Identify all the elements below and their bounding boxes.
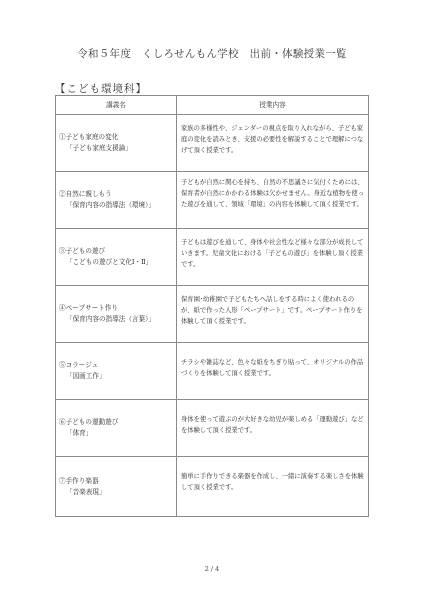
- course-name-cell: ⑥子どもの運動遊び 「体育」: [56, 400, 177, 456]
- course-subject: 「こどもの遊びと文化Ⅰ・Ⅱ」: [59, 257, 176, 268]
- table-row: ①子ども家庭の変化 「子ども家庭支援論」 家族の多様性や、ジェンダーの視点を取り…: [56, 114, 368, 171]
- course-title: ①子ども家庭の変化: [59, 132, 176, 143]
- course-content: 身体を使って遊ぶのが大好きな幼児が楽しめる「運動遊び」などを体験して頂く授業です…: [177, 400, 368, 456]
- table-row: ②自然に親しもう 「保育内容の指導法（環境）」 子どもが自然に関心を持ち、自然の…: [56, 171, 368, 228]
- page-title: 令和５年度 くしろせんもん学校 出前・体験授業一覧: [0, 46, 424, 61]
- course-name-cell: ①子ども家庭の変化 「子ども家庭支援論」: [56, 115, 177, 171]
- course-subject: 「図画工作」: [59, 371, 176, 382]
- course-content: 簡単に手作りできる楽器を作成し、一緒に演奏する楽しさを体験して頂く授業です。: [177, 457, 368, 516]
- course-title: ②自然に親しもう: [59, 189, 176, 200]
- course-content: チラシや雑誌など、色々な紙をちぎり貼って、オリジナルの作品づくりを体験して頂く授…: [177, 343, 368, 399]
- table-row: ⑤コラージュ 「図画工作」 チラシや雑誌など、色々な紙をちぎり貼って、オリジナル…: [56, 342, 368, 399]
- table-header-row: 講義名 授業内容: [56, 96, 368, 114]
- course-subject: 「保育内容の指導法（環境）」: [59, 200, 176, 211]
- course-content: 保育園･幼稚園で子どもたちへ話しをする時によく使われるのが、紙で作った人形「ペー…: [177, 286, 368, 342]
- course-name-cell: ⑤コラージュ 「図画工作」: [56, 343, 177, 399]
- course-table: 講義名 授業内容 ①子ども家庭の変化 「子ども家庭支援論」 家族の多様性や、ジェ…: [55, 95, 369, 517]
- table-row: ③子どもの遊び 「こどもの遊びと文化Ⅰ・Ⅱ」 子どもは遊びを通して、身体や社会性…: [56, 228, 368, 285]
- course-title: ⑤コラージュ: [59, 360, 176, 371]
- course-name-cell: ④ペープサート作り 「保育内容の指導法（言葉）」: [56, 286, 177, 342]
- course-subject: 「音楽表現」: [59, 487, 176, 498]
- course-content: 子どもが自然に関心を持ち、自然の不思議さに気付くためには、保育者が自然にかかわる…: [177, 172, 368, 228]
- course-subject: 「子ども家庭支援論」: [59, 143, 176, 154]
- page-number: 2 / 4: [0, 565, 424, 573]
- course-title: ③子どもの遊び: [59, 246, 176, 257]
- course-content: 子どもは遊びを通して、身体や社会性など様々な部分が成長していきます。児童文化にお…: [177, 229, 368, 285]
- header-content: 授業内容: [177, 96, 368, 114]
- course-name-cell: ②自然に親しもう 「保育内容の指導法（環境）」: [56, 172, 177, 228]
- course-title: ⑦手作り楽器: [59, 476, 176, 487]
- header-course-name: 講義名: [56, 96, 177, 114]
- section-heading: 【こども環境科】: [55, 81, 147, 96]
- course-name-cell: ③子どもの遊び 「こどもの遊びと文化Ⅰ・Ⅱ」: [56, 229, 177, 285]
- course-subject: 「体育」: [59, 428, 176, 439]
- table-row: ⑥子どもの運動遊び 「体育」 身体を使って遊ぶのが大好きな幼児が楽しめる「運動遊…: [56, 399, 368, 456]
- course-subject: 「保育内容の指導法（言葉）」: [59, 314, 176, 325]
- course-title: ⑥子どもの運動遊び: [59, 417, 176, 428]
- table-row: ④ペープサート作り 「保育内容の指導法（言葉）」 保育園･幼稚園で子どもたちへ話…: [56, 285, 368, 342]
- table-row: ⑦手作り楽器 「音楽表現」 簡単に手作りできる楽器を作成し、一緒に演奏する楽しさ…: [56, 456, 368, 516]
- course-content: 家族の多様性や、ジェンダーの視点を取り入れながら、子ども家庭の変化を読みとき、支…: [177, 115, 368, 171]
- course-name-cell: ⑦手作り楽器 「音楽表現」: [56, 457, 177, 516]
- course-title: ④ペープサート作り: [59, 303, 176, 314]
